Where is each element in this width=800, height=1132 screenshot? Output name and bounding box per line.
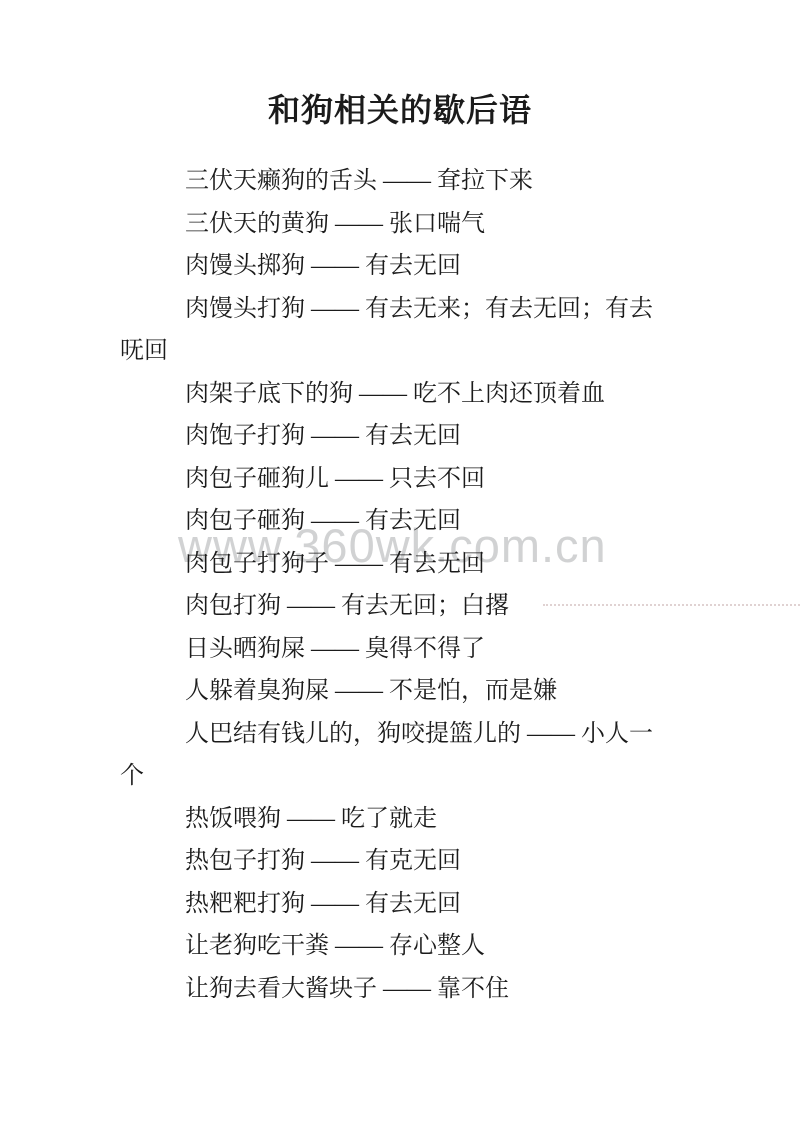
document-title: 和狗相关的歇后语 xyxy=(0,88,800,132)
saying-line: 肉饱子打狗 —— 有去无回 xyxy=(120,415,672,458)
saying-line: 三伏天癞狗的舌头 —— 耷拉下来 xyxy=(120,160,672,203)
saying-line: 肉架子底下的狗 —— 吃不上肉还顶着血 xyxy=(120,373,672,416)
saying-line: 热粑粑打狗 —— 有去无回 xyxy=(120,883,672,926)
document-page: 和狗相关的歇后语 www.360wk.com.cn 三伏天癞狗的舌头 —— 耷拉… xyxy=(0,0,800,1132)
saying-line: 肉馒头打狗 —— 有去无来；有去无回；有去呒回 xyxy=(120,288,672,373)
saying-line: 三伏天的黄狗 —— 张口喘气 xyxy=(120,203,672,246)
sayings-list: 三伏天癞狗的舌头 —— 耷拉下来三伏天的黄狗 —— 张口喘气肉馒头掷狗 —— 有… xyxy=(120,160,672,1010)
saying-line: 人巴结有钱儿的，狗咬提篮儿的 —— 小人一个 xyxy=(120,713,672,798)
saying-line: 肉馒头掷狗 —— 有去无回 xyxy=(120,245,672,288)
saying-line: 肉包子砸狗 —— 有去无回 xyxy=(120,500,672,543)
saying-line: 热饭喂狗 —— 吃了就走 xyxy=(120,798,672,841)
saying-line: 日头晒狗屎 —— 臭得不得了 xyxy=(120,628,672,671)
saying-line: 肉包子打狗子 —— 有去无回 xyxy=(120,543,672,586)
saying-line: 肉包子砸狗儿 —— 只去不回 xyxy=(120,458,672,501)
saying-line: 让老狗吃干粪 —— 存心整人 xyxy=(120,925,672,968)
saying-line: 让狗去看大酱块子 —— 靠不住 xyxy=(120,968,672,1011)
saying-line: 人躲着臭狗屎 —— 不是怕，而是嫌 xyxy=(120,670,672,713)
saying-line: 肉包打狗 —— 有去无回；白撂 xyxy=(120,585,672,628)
saying-line: 热包子打狗 —— 有克无回 xyxy=(120,840,672,883)
